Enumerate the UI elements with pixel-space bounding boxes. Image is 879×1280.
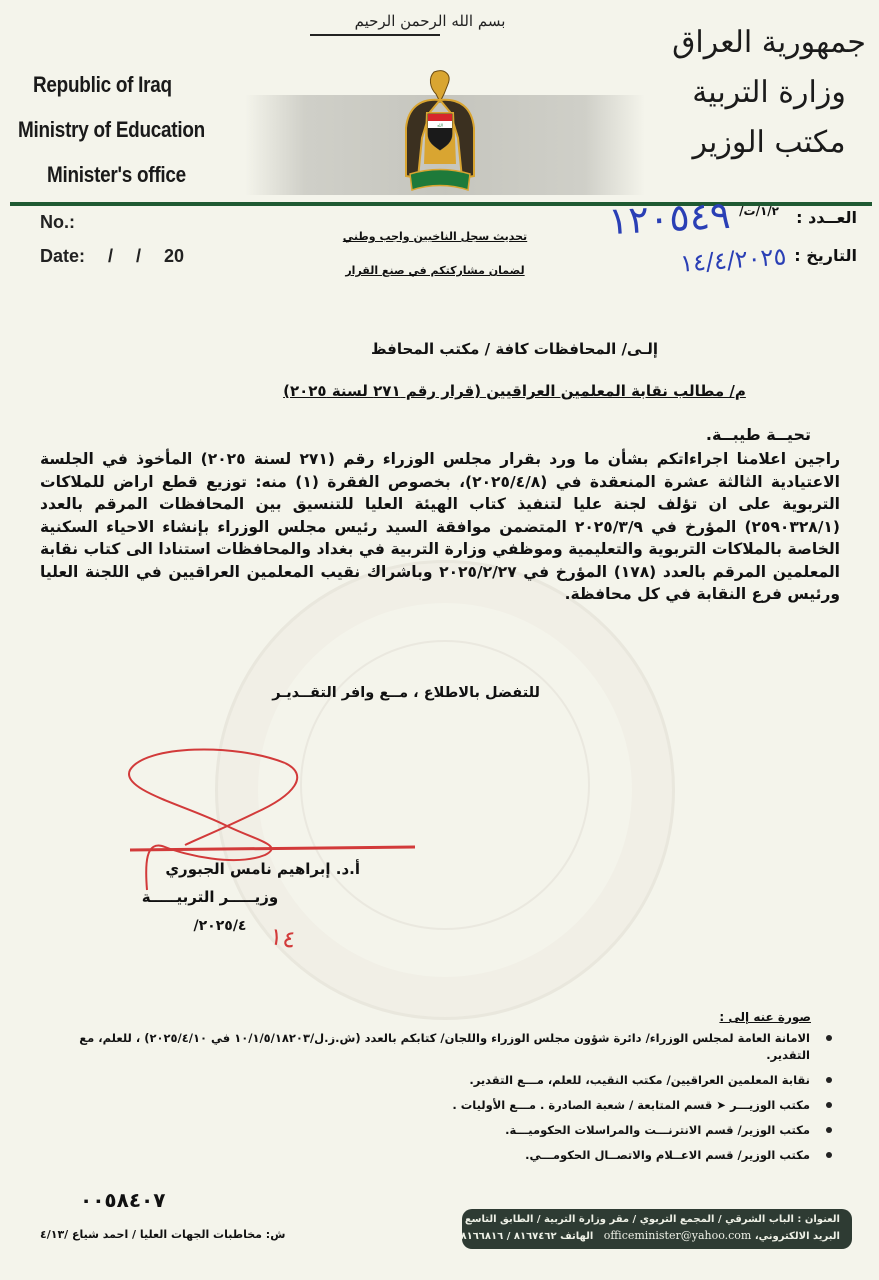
subject-text: م/ مطالب نقابة المعلمين العراقيين (قرار …	[283, 382, 746, 400]
phone-label: الهاتف	[560, 1231, 593, 1242]
email-link[interactable]: officeminister@yahoo.com	[604, 1229, 752, 1242]
cc-item: الامانة العامة لمجلس الوزراء/ دائرة شؤون…	[50, 1030, 840, 1064]
arabic-country: جمهورية العراق	[669, 18, 869, 68]
iraq-eagle-emblem-icon: الله	[400, 68, 480, 196]
contact-line: البريد الالكتروني، officeminister@yahoo.…	[474, 1228, 840, 1245]
address-line: العنوان : الباب الشرقي / المجمع التربوي …	[474, 1212, 840, 1228]
basmala-underline	[310, 34, 440, 36]
minister-name: أ.د. إبراهيم نامس الجبوري	[120, 860, 360, 878]
cc-item-text: مكتب الوزيـــر ➤ قسم المتابعة / شعبة الص…	[452, 1098, 810, 1112]
arabic-number-prefix: ١/٢/ت/	[739, 204, 779, 218]
bullet-icon	[826, 1127, 832, 1133]
cc-item-text: الامانة العامة لمجلس الوزراء/ دائرة شؤون…	[79, 1031, 810, 1062]
basmala: بسم الله الرحمن الرحيم	[300, 12, 560, 42]
arabic-office: مكتب الوزير	[669, 118, 869, 168]
arabic-letterhead: جمهورية العراق وزارة التربية مكتب الوزير	[669, 18, 869, 168]
bullet-icon	[826, 1077, 832, 1083]
bullet-icon	[826, 1152, 832, 1158]
document-serial-number: ٠٠٥٨٤٠٧	[80, 1188, 165, 1212]
address-box: العنوان : الباب الشرقي / المجمع التربوي …	[462, 1209, 852, 1249]
footer-note: ش: مخاطبات الجهات العليا / احمد شياع /٤/…	[40, 1228, 340, 1241]
signature-date: ٢٠٢٥/٤/	[170, 918, 270, 934]
greeting: تحيــة طيبــة.	[706, 425, 811, 444]
cc-item: نقابة المعلمين العراقيين/ مكتب النقيب، ل…	[50, 1072, 840, 1089]
cc-item: مكتب الوزير/ قسم الانترنـــت والمراسلات …	[50, 1122, 840, 1139]
bullet-icon	[826, 1035, 832, 1041]
english-country: Republic of Iraq	[33, 72, 172, 98]
bullet-icon	[826, 1102, 832, 1108]
letter-body: راجين اعلامنا اجراءاتكم بشأن ما ورد بقرا…	[40, 448, 840, 606]
handwritten-date: ١٤/٤/٢٠٢٥	[679, 242, 787, 277]
english-number-label: No.:	[40, 212, 75, 233]
cc-item-text: نقابة المعلمين العراقيين/ مكتب النقيب، ل…	[469, 1073, 810, 1087]
handwritten-reference-number: ١٢٠٥٤٩	[607, 193, 732, 243]
participation-slogan: لضمان مشاركتكم في صنع القرار	[300, 264, 570, 277]
svg-text:الله: الله	[437, 123, 443, 128]
english-office: Minister's office	[47, 162, 186, 188]
phone-numbers: ٨١٦٧٤٦٢ / ٨١٦٦٨١٦	[461, 1231, 557, 1242]
arabic-date-label: التاريخ :	[794, 246, 857, 265]
closing-line: للتفضل بالاطلاع ، مــع وافر التقــديـر	[200, 685, 540, 701]
email-label: البريد الالكتروني	[759, 1231, 840, 1242]
recipient-line: إلـى/ المحافظات كافة / مكتب المحافظ	[150, 340, 879, 358]
minister-title: وزيـــــر التربيـــــة	[120, 888, 300, 906]
cc-item: مكتب الوزيـــر ➤ قسم المتابعة / شعبة الص…	[50, 1097, 840, 1114]
english-date-label: Date: / / 20	[40, 246, 184, 267]
cc-item: مكتب الوزير/ قسم الاعــلام والاتصــال ال…	[50, 1147, 840, 1164]
arabic-number-label: العــدد :	[796, 208, 857, 227]
cc-list: الامانة العامة لمجلس الوزراء/ دائرة شؤون…	[50, 1030, 840, 1172]
cc-item-text: مكتب الوزير/ قسم الاعــلام والاتصــال ال…	[525, 1148, 810, 1162]
cc-item-text: مكتب الوزير/ قسم الانترنـــت والمراسلات …	[505, 1123, 810, 1137]
letter-page: بسم الله الرحمن الرحيم Republic of Iraq …	[0, 0, 879, 1280]
english-ministry: Ministry of Education	[18, 117, 205, 143]
handwritten-signature-day: ١٤	[268, 922, 298, 954]
cc-label: صورة عنه إلى :	[719, 1010, 811, 1024]
voter-registry-slogan: تحديث سجل الناخبين واجب وطني	[320, 230, 550, 243]
subject-line: م/ مطالب نقابة المعلمين العراقيين (قرار …	[150, 382, 879, 400]
arabic-ministry: وزارة التربية	[669, 68, 869, 118]
